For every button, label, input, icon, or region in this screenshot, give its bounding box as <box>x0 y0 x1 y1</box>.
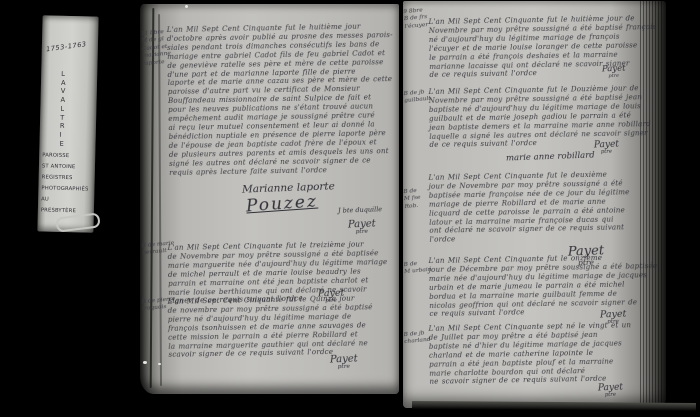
entry-text: L'an Mil Sept Cent Cinquante fut le huit… <box>167 22 395 177</box>
entry-text: L'an Mil Sept Cent Cinquante sept né le … <box>428 321 632 387</box>
signature-priest: Payet ptre <box>330 354 358 371</box>
dust-speck <box>143 361 147 364</box>
entry-text: L'an Mil Sept Cent Cinquante fut le deux… <box>428 170 630 245</box>
signature-priest: Payet ptre <box>602 64 626 80</box>
spine-date-range: 1753-1763 <box>46 39 97 54</box>
margin-note: 9 8breB de frsl'écuyer <box>403 7 431 31</box>
register-photograph: 1753-1763 LAVALTRIE PAROISSEST ANTOINERE… <box>0 0 700 417</box>
spine-label: 1753-1763 LAVALTRIE PAROISSEST ANTOINERE… <box>37 15 98 232</box>
margin-note: B de jbcharland <box>403 330 430 347</box>
spine-label-text: PAROISSEST ANTOINEREGISTRESPHOTOGRAPHIÉS… <box>41 150 95 217</box>
margin-note: B de jbguilbault <box>403 89 430 106</box>
margin-note: B deM fseRob. <box>403 187 431 211</box>
signature-priest: Payet ptre <box>348 219 376 236</box>
signature-witness: J bte duquille <box>338 205 382 215</box>
dust-speck <box>158 363 161 365</box>
signature-priest: Payet ptre <box>594 140 620 156</box>
margin-note: B de pierreiroquois <box>141 297 168 314</box>
signature-priest: Payet ptre <box>598 383 624 399</box>
page-edge-shadow <box>412 401 696 411</box>
margin-note: 11 8breM de glCadot etmariannelaporte <box>140 29 169 68</box>
margin-note: B de marieperrault <box>141 241 168 258</box>
entry-text: L'an Mil Sept Cent Cinquante fut le Quin… <box>167 294 373 360</box>
margin-note: B deM urbain <box>403 260 430 277</box>
spine-vertical-title: LAVALTRIE <box>59 70 66 148</box>
dust-speck <box>185 5 188 8</box>
